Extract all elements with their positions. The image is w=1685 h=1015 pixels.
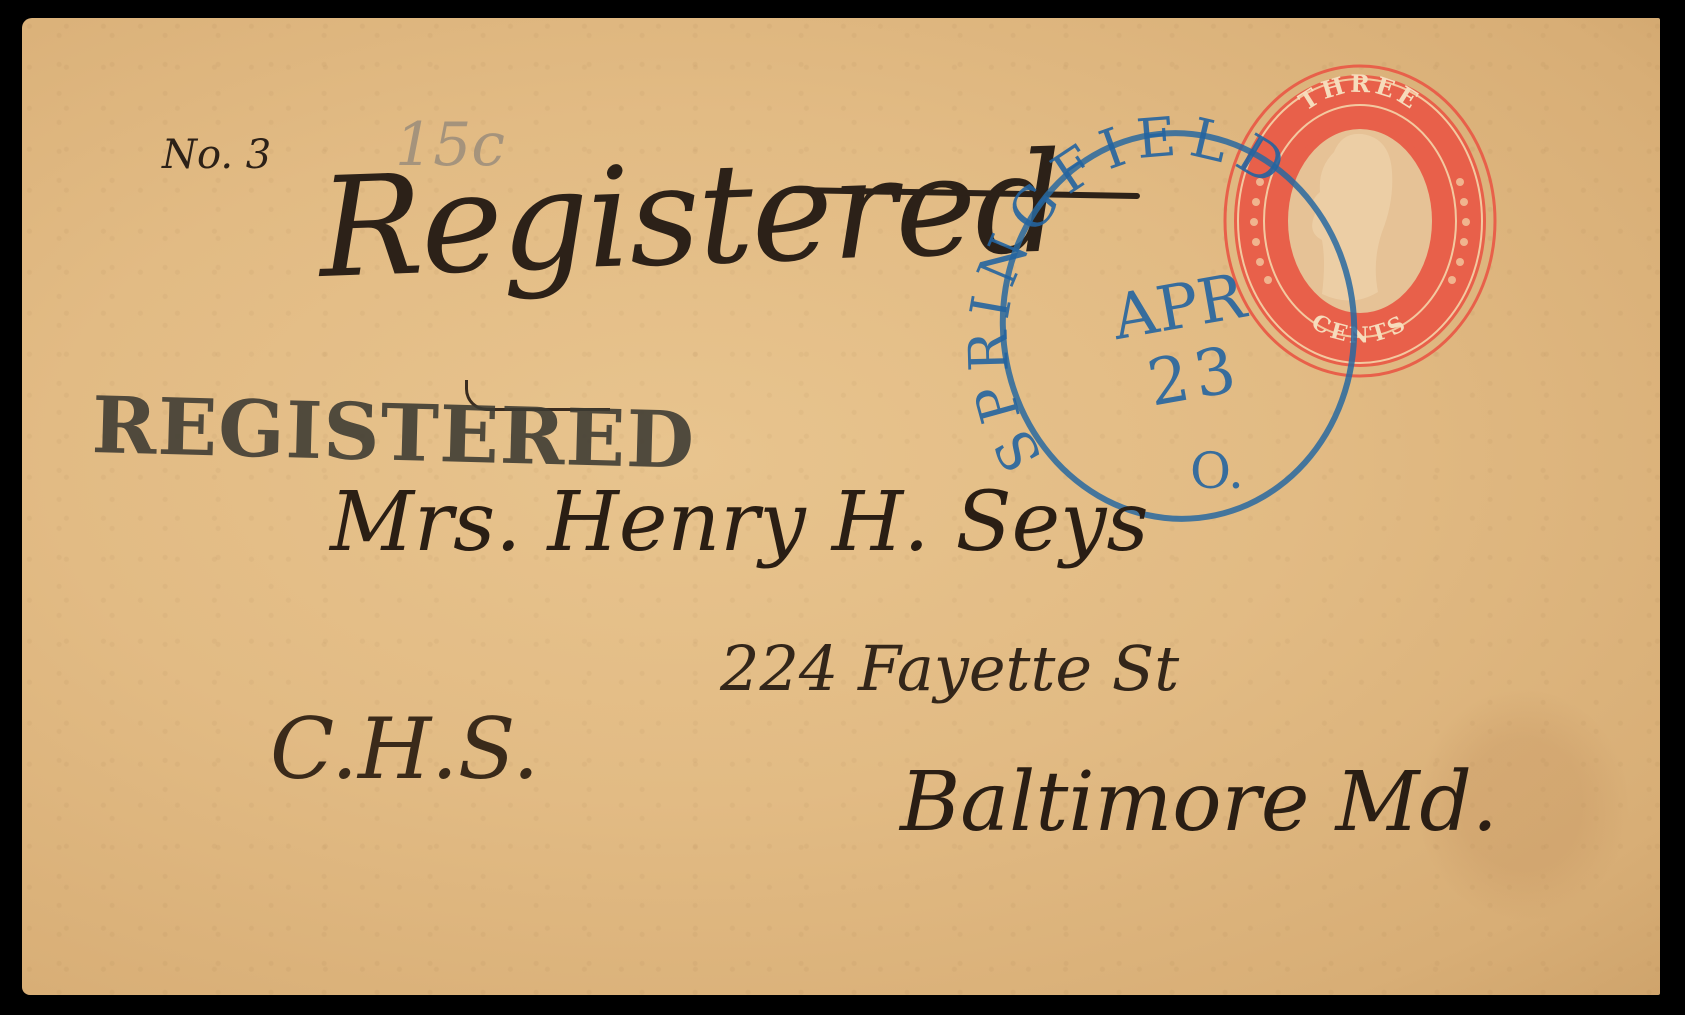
address-street: 224 Fayette St bbox=[720, 632, 1179, 705]
address-initials: C.H.S. bbox=[270, 700, 539, 798]
manuscript-registered: Registered bbox=[316, 122, 1063, 309]
addressee-name: Mrs. Henry H. Seys bbox=[330, 475, 1149, 570]
docket-number: No. 3 bbox=[162, 132, 271, 178]
address-city: Baltimore Md. bbox=[900, 755, 1498, 850]
registered-handstamp: REGISTERED bbox=[91, 380, 696, 487]
